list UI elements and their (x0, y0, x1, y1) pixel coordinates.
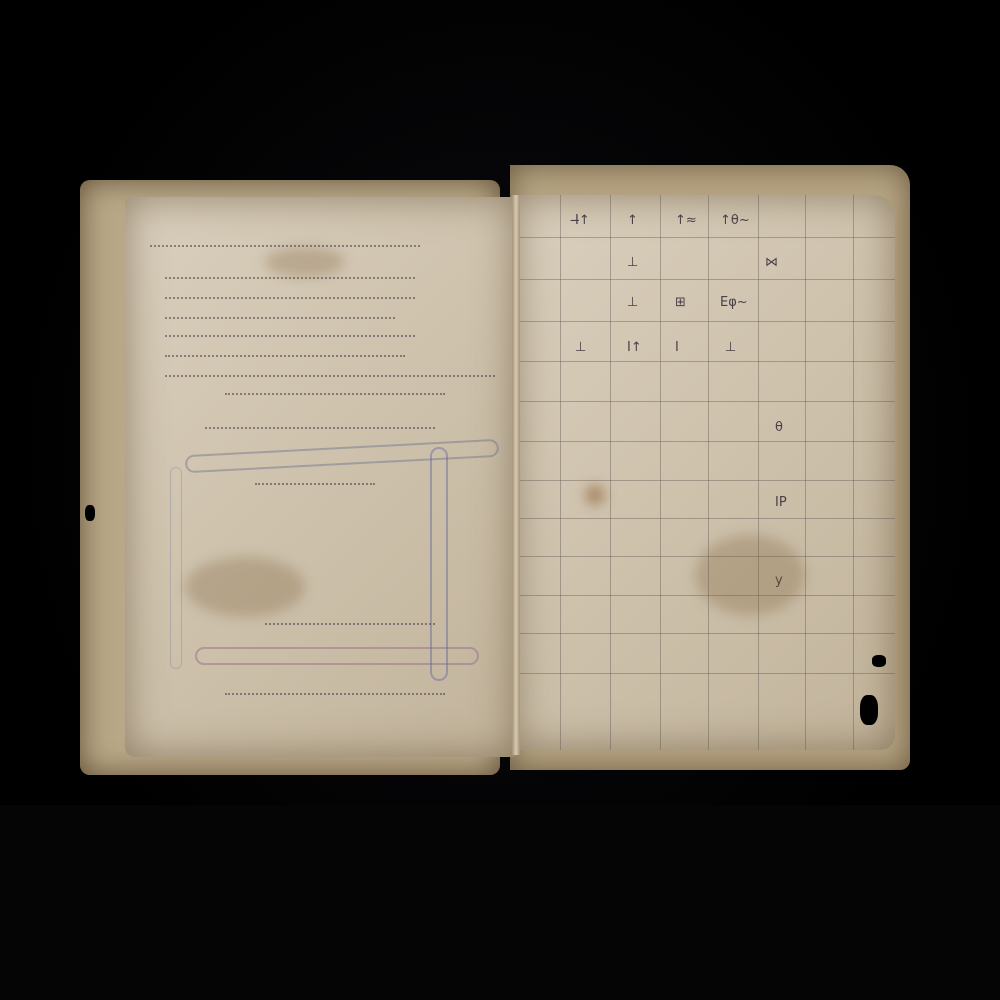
right-page: I̶↑ ↑ ↑≈ ↑θ~ ⊥ ⋈ ⊥ ⊞ Eφ~ ⊥ I↑ I ⊥ θ IP y (515, 195, 895, 750)
paper-damage (860, 695, 878, 725)
script-line (255, 475, 375, 485)
script-line (165, 347, 405, 357)
script-line (165, 327, 415, 337)
paper-damage (872, 655, 886, 667)
script-line (165, 309, 395, 319)
script-line (165, 367, 495, 377)
ink-spot (585, 485, 605, 505)
script-line (165, 289, 415, 299)
smudge (265, 247, 345, 277)
water-stain (695, 535, 805, 615)
water-stain (185, 557, 305, 617)
script-line (225, 385, 445, 395)
script-line (265, 615, 435, 625)
script-line (225, 685, 445, 695)
table-surface (0, 805, 1000, 1000)
serpent-sketch-right (430, 447, 448, 681)
script-line (205, 419, 435, 429)
paper-damage (85, 505, 95, 521)
script-line (150, 237, 420, 247)
book-spine (512, 195, 520, 755)
notebook: I̶↑ ↑ ↑≈ ↑θ~ ⊥ ⋈ ⊥ ⊞ Eφ~ ⊥ I↑ I ⊥ θ IP y (80, 165, 910, 785)
left-page (125, 197, 515, 757)
serpent-sketch-top (185, 439, 500, 473)
serpent-sketch-left (170, 467, 182, 669)
glyph-grid (515, 195, 895, 750)
